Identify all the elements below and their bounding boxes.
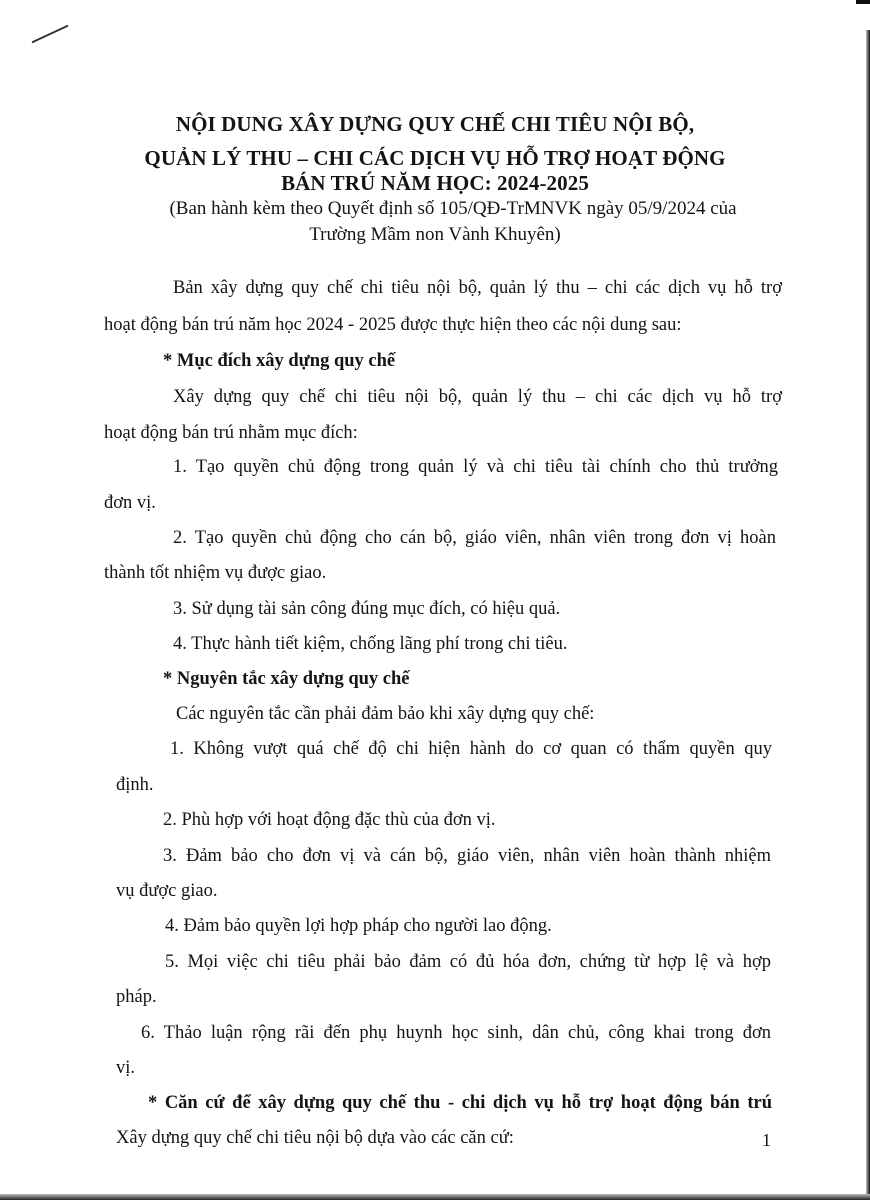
purpose-lead-line-2: hoạt động bán trú nhằm mục đích: (104, 422, 358, 444)
purpose-item-3: 3. Sử dụng tài sản công đúng mục đích, c… (173, 598, 560, 620)
principle-6-line-1: 6. Thảo luận rộng rãi đến phụ huynh học … (141, 1022, 771, 1044)
heading-principles: * Nguyên tắc xây dựng quy chế (163, 668, 410, 690)
scan-edge-top (856, 0, 870, 4)
purpose-item-2-line-2: thành tốt nhiệm vụ được giao. (104, 562, 326, 584)
heading-basis: * Căn cứ để xây dựng quy chế thu - chi d… (148, 1092, 772, 1114)
document-title-line-1: NỘI DUNG XÂY DỰNG QUY CHẾ CHI TIÊU NỘI B… (0, 113, 870, 135)
principle-2: 2. Phù hợp với hoạt động đặc thù của đơn… (163, 809, 496, 831)
purpose-item-1-line-1: 1. Tạo quyền chủ động trong quản lý và c… (173, 456, 778, 478)
scan-edge-bottom (0, 1194, 870, 1200)
intro-line-2: hoạt động bán trú năm học 2024 - 2025 đư… (104, 314, 682, 336)
principles-lead: Các nguyên tắc cần phải đảm bảo khi xây … (176, 703, 594, 725)
purpose-item-1-line-2: đơn vị. (104, 492, 156, 514)
purpose-item-4: 4. Thực hành tiết kiệm, chống lãng phí t… (173, 633, 568, 655)
principle-5-line-1: 5. Mọi việc chi tiêu phải bảo đảm có đủ … (165, 951, 771, 973)
document-page: NỘI DUNG XÂY DỰNG QUY CHẾ CHI TIÊU NỘI B… (0, 0, 870, 1200)
document-title-line-2: QUẢN LÝ THU – CHI CÁC DỊCH VỤ HỖ TRỢ HOẠ… (0, 147, 870, 169)
purpose-item-2-line-1: 2. Tạo quyền chủ động cho cán bộ, giáo v… (173, 527, 776, 549)
principle-5-line-2: pháp. (116, 986, 157, 1008)
document-subtitle-line-1: (Ban hành kèm theo Quyết định số 105/QĐ-… (18, 198, 870, 220)
principle-3-line-2: vụ được giao. (116, 880, 218, 902)
heading-purpose: * Mục đích xây dựng quy chế (163, 350, 395, 372)
principle-1-line-2: định. (116, 774, 154, 796)
intro-line-1: Bản xây dựng quy chế chi tiêu nội bộ, qu… (173, 277, 782, 299)
document-subtitle-line-2: Trường Mầm non Vành Khuyên) (0, 224, 870, 246)
pen-mark (31, 25, 68, 44)
principle-4: 4. Đảm bảo quyền lợi hợp pháp cho người … (165, 915, 552, 937)
page-number: 1 (762, 1130, 771, 1151)
document-title-line-3: BÁN TRÚ NĂM HỌC: 2024-2025 (0, 172, 870, 194)
purpose-lead-line-1: Xây dựng quy chế chi tiêu nội bộ, quản l… (173, 386, 782, 408)
principle-6-line-2: vị. (116, 1057, 135, 1079)
principle-3-line-1: 3. Đảm bảo cho đơn vị và cán bộ, giáo vi… (163, 845, 771, 867)
basis-lead: Xây dựng quy chế chi tiêu nội bộ dựa vào… (116, 1127, 514, 1149)
principle-1-line-1: 1. Không vượt quá chế độ chi hiện hành d… (170, 738, 772, 760)
